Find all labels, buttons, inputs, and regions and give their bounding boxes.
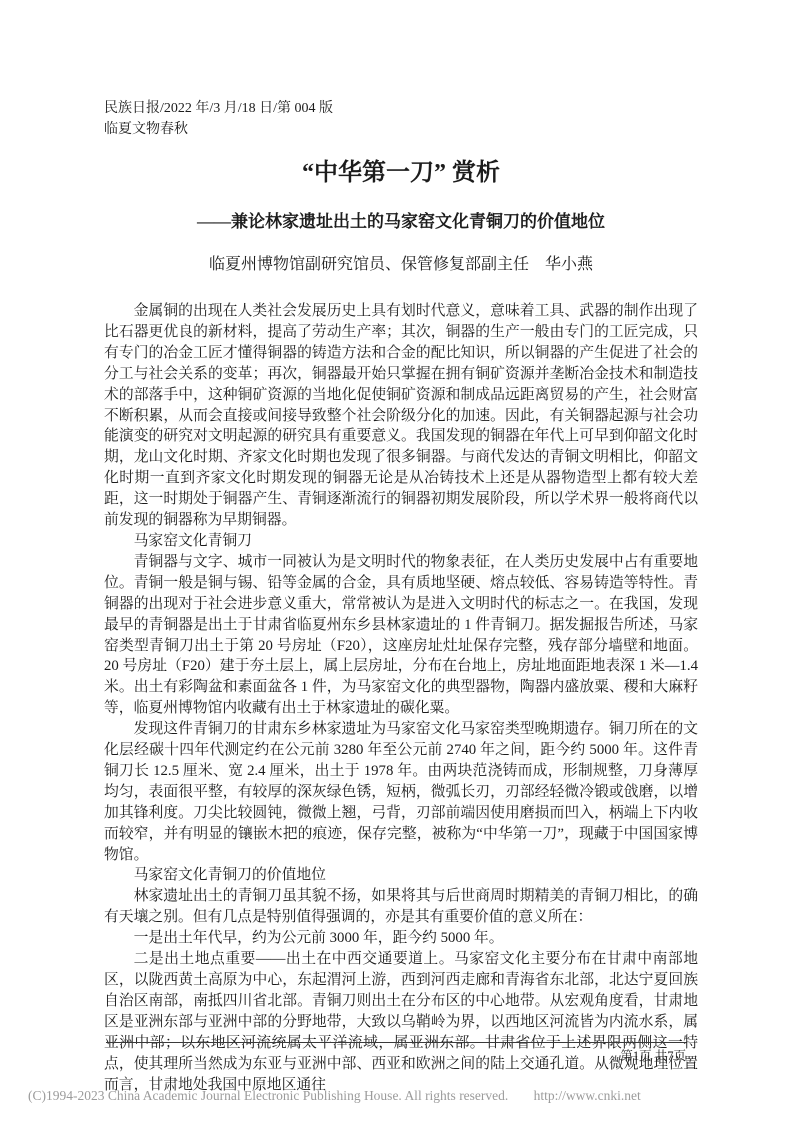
article-subtitle: ——兼论林家遗址出土的马家窑文化青铜刀的价值地位 <box>104 210 698 234</box>
cnki-url[interactable]: http://www.cnki.net <box>534 1088 641 1103</box>
page-indicator: 第1页 共7页 <box>106 1046 686 1064</box>
article-body: 金属铜的出现在人类社会发展历史上具有划时代意义，意味着工具、武器的制作出现了比石… <box>104 301 698 1095</box>
article-author: 临夏州博物馆副研究馆员、保管修复部副主任 华小燕 <box>104 254 698 276</box>
source-line: 民族日报/2022 年/3 月/18 日/第 004 版 <box>104 98 698 119</box>
document-meta: 民族日报/2022 年/3 月/18 日/第 004 版 临夏文物春秋 <box>104 98 698 140</box>
paragraph-bronze-knife-1: 青铜器与文字、城市一同被认为是文明时代的物象表征，在人类历史发展中占有重要地位。… <box>104 552 698 719</box>
copyright-text: (C)1994-2023 China Academic Journal Elec… <box>28 1088 508 1103</box>
paragraph-bronze-knife-2: 发现这件青铜刀的甘肃东乡林家遗址为马家窑文化马家窑类型晚期遗存。铜刀所在的文化层… <box>104 719 698 865</box>
section-heading-bronze-knife: 马家窑文化青铜刀 <box>104 531 698 552</box>
document-page: 民族日报/2022 年/3 月/18 日/第 004 版 临夏文物春秋 “中华第… <box>104 98 698 1095</box>
article-title: “中华第一刀” 赏析 <box>104 157 698 189</box>
paragraph-intro: 金属铜的出现在人类社会发展历史上具有划时代意义，意味着工具、武器的制作出现了比石… <box>104 301 698 531</box>
copyright-line: (C)1994-2023 China Academic Journal Elec… <box>28 1088 788 1104</box>
section-heading-value-status: 马家窑文化青铜刀的价值地位 <box>104 865 698 886</box>
column-line: 临夏文物春秋 <box>104 119 698 140</box>
paragraph-value-3: 二是出土地点重要——出土在中西交通要道上。马家窑文化主要分布在甘肃中南部地区，以… <box>104 949 698 1095</box>
footer-divider <box>106 1042 686 1043</box>
paragraph-value-1: 林家遗址出土的青铜刀虽其貌不扬，如果将其与后世商周时期精美的青铜刀相比，的确有天… <box>104 886 698 928</box>
paragraph-value-2: 一是出土年代早，约为公元前 3000 年，距今约 5000 年。 <box>104 928 698 949</box>
